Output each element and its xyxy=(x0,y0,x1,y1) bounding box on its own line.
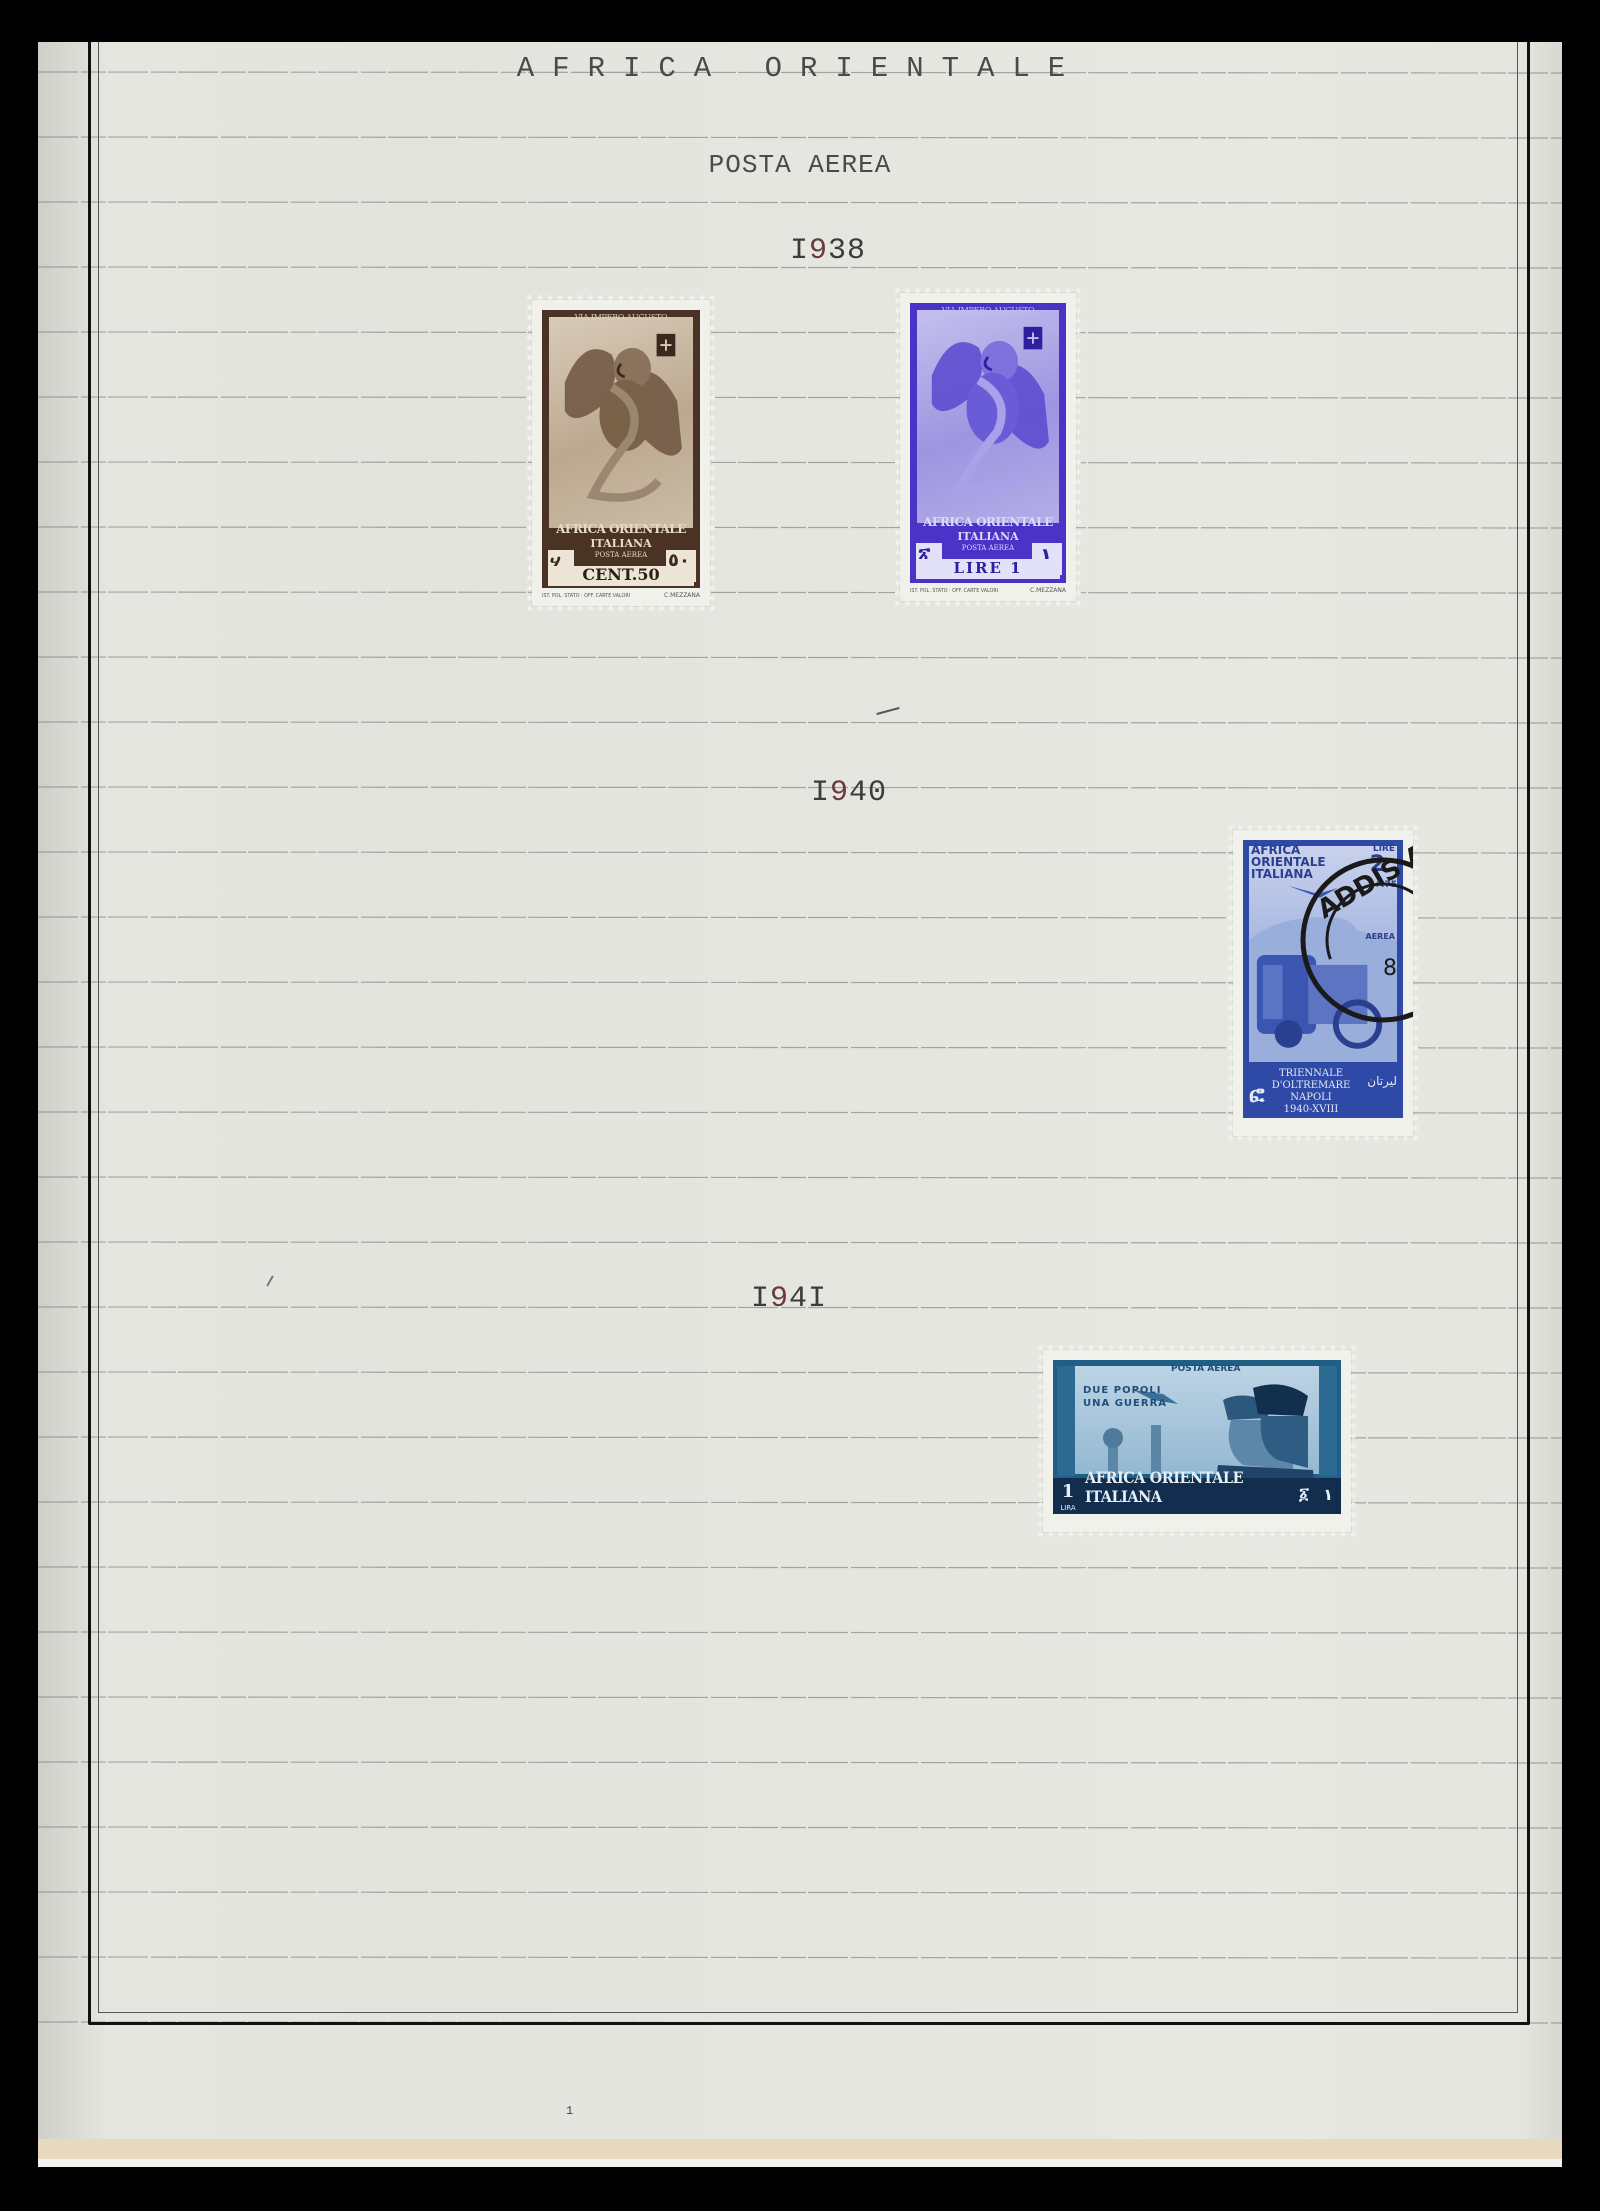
stamp-1938-50c[interactable]: VIA IMPERO AUGUSTO AFRICA ORIENTALE ITAL… xyxy=(532,300,710,606)
stamp-1938-1-lire[interactable]: VIA IMPERO AUGUSTO AFRICA ORIENTALE ITAL… xyxy=(900,293,1076,601)
eagle-serpent-icon xyxy=(917,310,1059,516)
postmark-cancellation: ADDIS A 8 xyxy=(1233,830,1413,1136)
page-title: AFRICA ORIENTALE xyxy=(38,52,1562,85)
year-heading-1940: I940 xyxy=(811,776,887,810)
year-heading-1941: I94I xyxy=(751,1282,827,1316)
page-edge xyxy=(38,2159,1562,2167)
page-number-mark: 1 xyxy=(566,2104,573,2118)
eagle-serpent-icon xyxy=(549,317,693,523)
album-page: AFRICA ORIENTALE POSTA AEREA I938 VIA IM… xyxy=(38,42,1562,2167)
page-edge-tint xyxy=(38,2139,1562,2159)
svg-text:8: 8 xyxy=(1383,956,1397,981)
page-subtitle: POSTA AEREA xyxy=(38,150,1562,180)
year-heading-1938: I938 xyxy=(790,234,866,268)
stamp-1940-triennale-2-lire[interactable]: AFRICA ORIENTALE ITALIANA LIRE 2 +.75 AE… xyxy=(1233,830,1413,1136)
stamp-1941-due-popoli-1-lira[interactable]: POSTA AEREA DUE POPOLI UNA GUERRA 1 LIRA… xyxy=(1043,1350,1351,1532)
